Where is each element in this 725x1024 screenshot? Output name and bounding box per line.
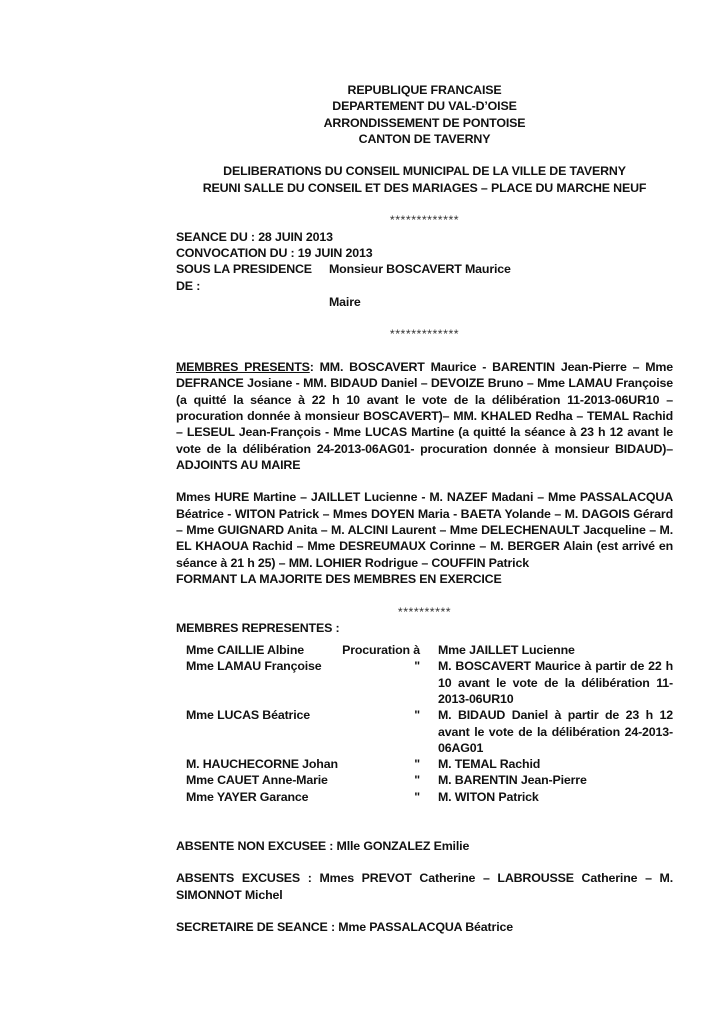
procuration-row: Mme LUCAS Béatrice"M. BIDAUD Daniel à pa… xyxy=(186,707,673,756)
procuration-mode: Procuration à xyxy=(338,642,438,658)
procuration-mode: " xyxy=(338,789,438,805)
procuration-row: Mme LAMAU Françoise"M. BOSCAVERT Maurice… xyxy=(186,658,673,707)
represented-member: Mme LAMAU Françoise xyxy=(186,658,338,707)
proxy-holder: M. TEMAL Rachid xyxy=(438,756,673,772)
procuration-row: Mme CAILLIE AlbineProcuration àMme JAILL… xyxy=(186,642,673,658)
conseillers-list: Mmes HURE Martine – JAILLET Lucienne - M… xyxy=(176,489,673,570)
represented-member: Mme CAILLIE Albine xyxy=(186,642,338,658)
convocation-date: CONVOCATION DU : 19 JUIN 2013 xyxy=(176,245,673,261)
procuration-mode: " xyxy=(338,772,438,788)
represented-member: Mme LUCAS Béatrice xyxy=(186,707,338,756)
absents-excuses: ABSENTS EXCUSES : Mmes PREVOT Catherine … xyxy=(176,870,673,903)
document-title: DELIBERATIONS DU CONSEIL MUNICIPAL DE LA… xyxy=(176,163,673,196)
separator: ************* xyxy=(176,212,673,228)
proxy-holder: Mme JAILLET Lucienne xyxy=(438,642,673,658)
title-line-salle: REUNI SALLE DU CONSEIL ET DES MARIAGES –… xyxy=(176,180,673,196)
procuration-row: Mme YAYER Garance"M. WITON Patrick xyxy=(186,789,673,805)
procuration-mode: " xyxy=(338,707,438,756)
header-line-departement: DEPARTEMENT DU VAL-D’OISE xyxy=(176,98,673,114)
procuration-row: Mme CAUET Anne-Marie"M. BARENTIN Jean-Pi… xyxy=(186,772,673,788)
proxy-holder: M. BOSCAVERT Maurice à partir de 22 h 10… xyxy=(438,658,673,707)
presidence-role-row: Maire xyxy=(176,294,673,310)
presidence: SOUS LA PRESIDENCE DE : Monsieur BOSCAVE… xyxy=(176,261,673,294)
proxy-holder: M. BARENTIN Jean-Pierre xyxy=(438,772,673,788)
presidence-role: Maire xyxy=(329,294,361,310)
membres-presents-label: MEMBRES PRESENTS xyxy=(176,360,310,374)
presidence-name: Monsieur BOSCAVERT Maurice xyxy=(329,261,511,294)
header-line-arrondissement: ARRONDISSEMENT DE PONTOISE xyxy=(176,115,673,131)
title-line-deliberations: DELIBERATIONS DU CONSEIL MUNICIPAL DE LA… xyxy=(176,163,673,179)
header-line-republique: REPUBLIQUE FRANCAISE xyxy=(176,82,673,98)
separator: ********** xyxy=(176,604,673,620)
presidence-label: SOUS LA PRESIDENCE DE : xyxy=(176,261,329,294)
membres-representes-label: MEMBRES REPRESENTES : xyxy=(176,620,673,636)
membres-presents-adjoints: MEMBRES PRESENTS: MM. BOSCAVERT Maurice … xyxy=(176,359,673,473)
proxy-holder: M. BIDAUD Daniel à partir de 23 h 12 ava… xyxy=(438,707,673,756)
separator: ************* xyxy=(176,326,673,342)
document-page: REPUBLIQUE FRANCAISE DEPARTEMENT DU VAL-… xyxy=(176,82,673,935)
adjoints-list: : MM. BOSCAVERT Maurice - BARENTIN Jean-… xyxy=(176,360,673,472)
secretaire-de-seance: SECRETAIRE DE SEANCE : Mme PASSALACQUA B… xyxy=(176,919,673,935)
represented-member: Mme CAUET Anne-Marie xyxy=(186,772,338,788)
procurations-table: Mme CAILLIE AlbineProcuration àMme JAILL… xyxy=(186,642,673,805)
majorite-statement: FORMANT LA MAJORITE DES MEMBRES EN EXERC… xyxy=(176,571,673,587)
session-info: SEANCE DU : 28 JUIN 2013 CONVOCATION DU … xyxy=(176,229,673,310)
procuration-row: M. HAUCHECORNE Johan"M. TEMAL Rachid xyxy=(186,756,673,772)
seance-date: SEANCE DU : 28 JUIN 2013 xyxy=(176,229,673,245)
proxy-holder: M. WITON Patrick xyxy=(438,789,673,805)
header-block: REPUBLIQUE FRANCAISE DEPARTEMENT DU VAL-… xyxy=(176,82,673,147)
procuration-mode: " xyxy=(338,658,438,707)
header-line-canton: CANTON DE TAVERNY xyxy=(176,131,673,147)
absente-non-excusee: ABSENTE NON EXCUSEE : Mlle GONZALEZ Emil… xyxy=(176,838,673,854)
procuration-mode: " xyxy=(338,756,438,772)
represented-member: M. HAUCHECORNE Johan xyxy=(186,756,338,772)
represented-member: Mme YAYER Garance xyxy=(186,789,338,805)
